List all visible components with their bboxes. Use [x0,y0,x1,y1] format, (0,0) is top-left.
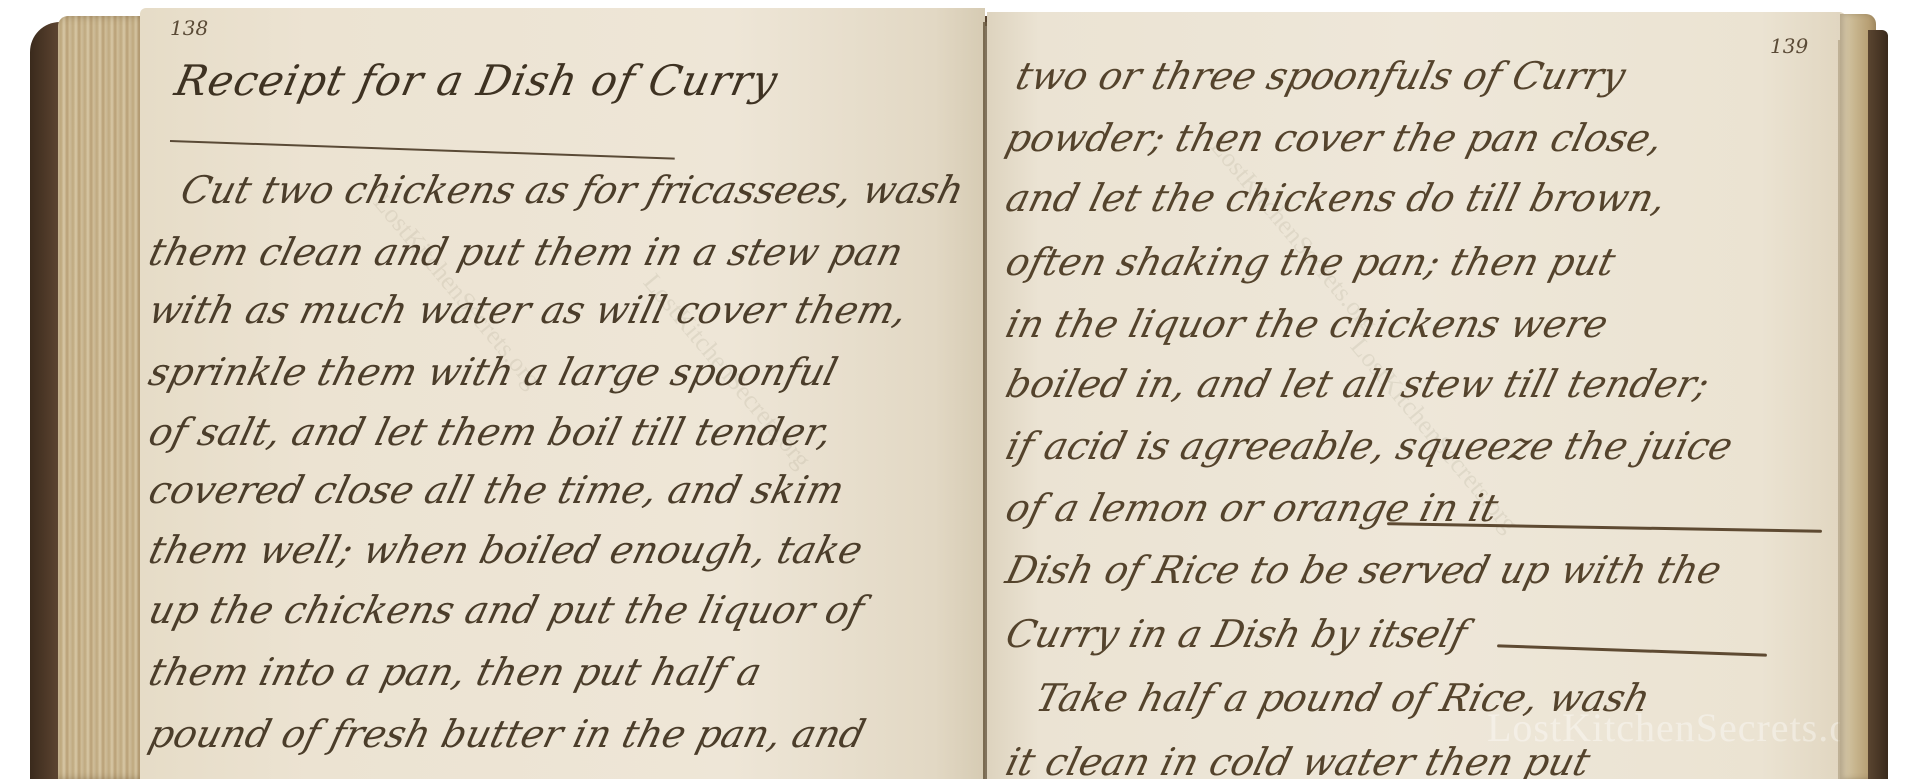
manuscript-line: pound of fresh butter in the pan, and [145,712,870,756]
manuscript-line: covered close all the time, and skim [145,468,849,512]
manuscript-line: Dish of Rice to be served up with the [1002,548,1727,592]
manuscript-line: of salt, and let them boil till tender, [145,410,837,454]
open-book: 138 Receipt for a Dish of Curry LostKitc… [0,0,1920,779]
manuscript-line: two or three spoonfuls of Curry [1012,54,1631,98]
title-underline [170,140,675,160]
manuscript-line: them well; when boiled enough, take [145,528,868,572]
manuscript-line: and let the chickens do till brown, [1002,176,1671,220]
watermark-text: LostKitchenSecrets.org [1487,704,1847,751]
manuscript-line: Cut two chickens as for fricassees, wash [177,168,969,212]
manuscript-line: them clean and put them in a stew pan [145,230,908,274]
manuscript-line: with as much water as will cover them, [145,288,912,332]
page-stack-left [58,16,146,779]
manuscript-line: sprinkle them with a large spoonful [145,350,843,394]
section-rule [1497,644,1767,656]
left-page: 138 Receipt for a Dish of Curry LostKitc… [140,8,985,779]
manuscript-line: in the liquor the chickens were [1002,302,1613,346]
page-number-right: 139 [1770,34,1808,58]
manuscript-line: Curry in a Dish by itself [1002,612,1472,656]
manuscript-line: if acid is agreeable, squeeze the juice [1002,424,1738,468]
manuscript-line: powder; then cover the pan close, [1002,116,1668,160]
manuscript-line: up the chickens and put the liquor of [145,588,869,632]
manuscript-line: boiled in, and let all stew till tender; [1002,362,1714,406]
book-cover-right [1868,30,1888,779]
manuscript-line: them into a pan, then put half a [145,650,767,694]
recipe-title: Receipt for a Dish of Curry [171,56,783,105]
manuscript-line: often shaking the pan; then put [1002,240,1620,284]
right-page: 139 LostKitchenSecrets.org LostKitchenSe… [987,12,1847,779]
page-number-left: 138 [170,16,208,40]
